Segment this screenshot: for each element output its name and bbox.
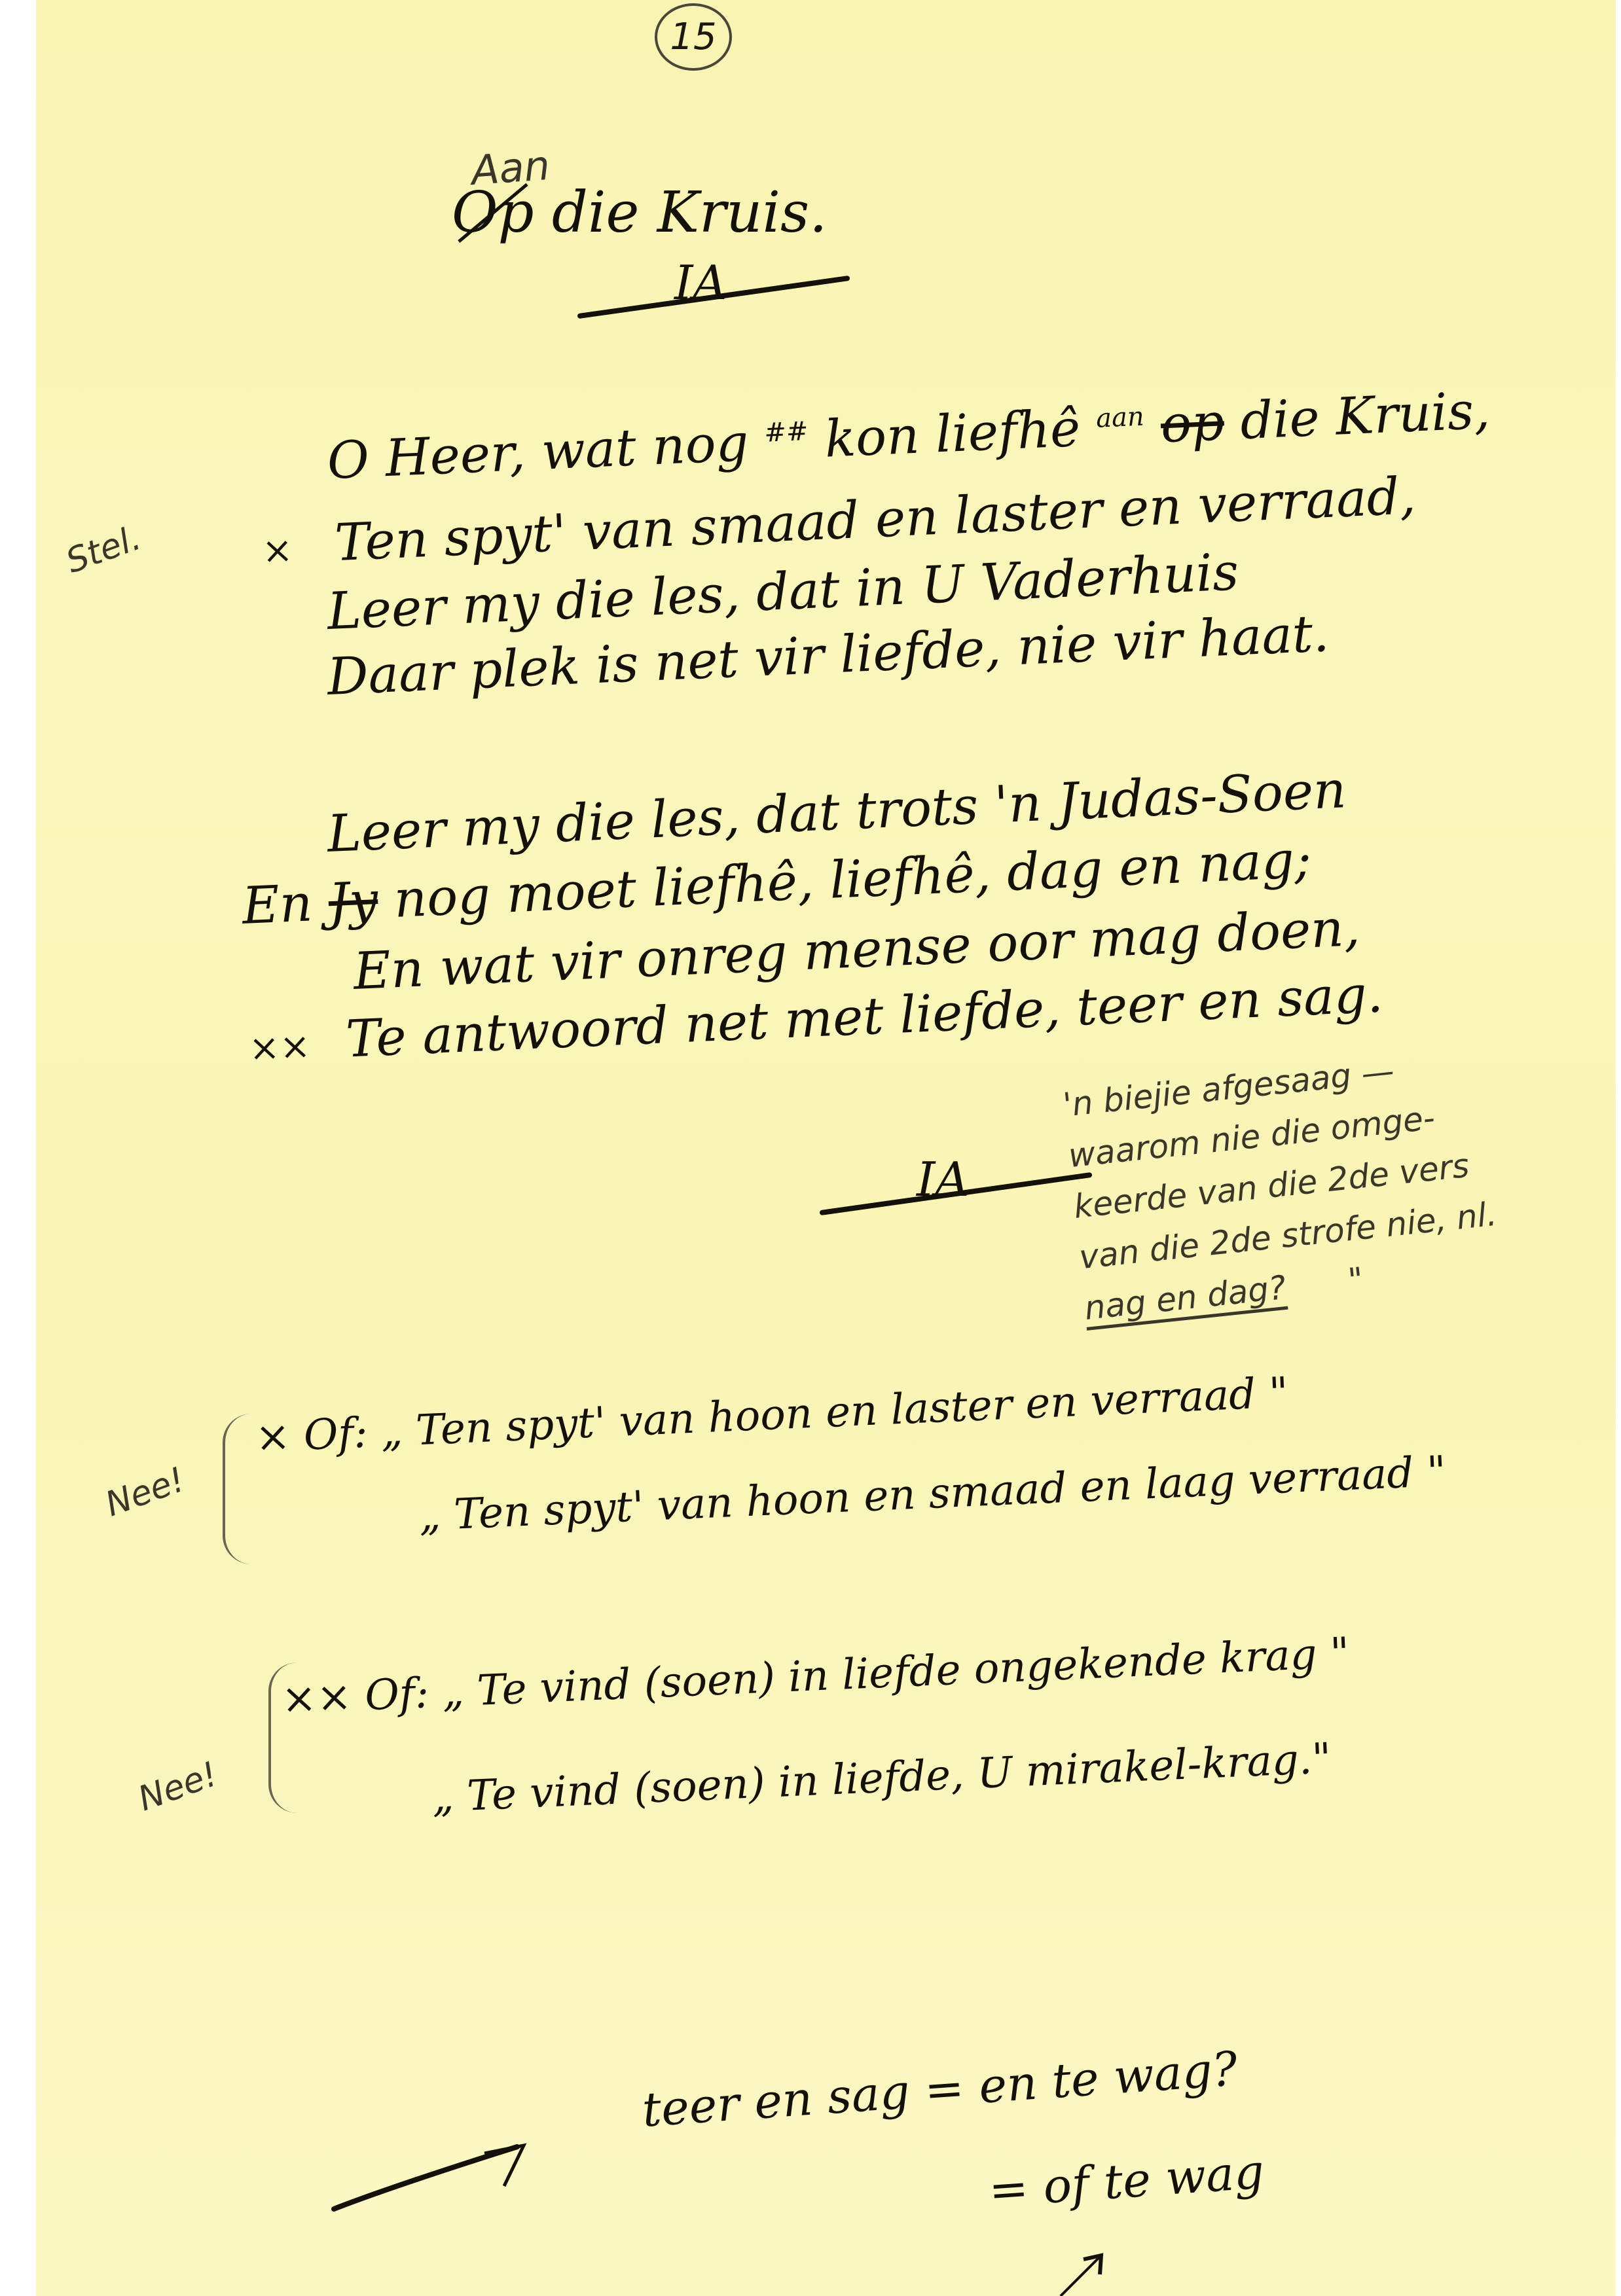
double-cross-marker: ×× [248, 1025, 312, 1070]
divider-glyph: IA [674, 255, 727, 310]
line-text: die Kruis, [1239, 382, 1491, 452]
divider-glyph: IA [917, 1152, 969, 1207]
annotation-quote: " [1346, 1261, 1365, 1300]
page-number-circle: 15 [655, 3, 732, 71]
alt-marker: ×× Of: [280, 1669, 429, 1724]
line-text: kon liefhê [824, 399, 1082, 469]
page-number: 15 [670, 16, 716, 58]
insertion-word: aan [1095, 402, 1144, 434]
title-struck-word: Op [452, 180, 534, 245]
poem-title: Op die Kruis. [452, 180, 827, 245]
inserted-prefix: En [241, 874, 314, 936]
reviewer-annotation: 'n biejie afgesaag — waarom nie die omge… [1061, 1025, 1608, 1333]
cross-marker: × [261, 529, 294, 573]
struck-word: op [1159, 393, 1226, 454]
bracket-icon [223, 1414, 251, 1564]
up-arrow-icon [1047, 2251, 1126, 2296]
alt-marker: × Of: [254, 1409, 369, 1462]
insertion-mark: ## [763, 416, 809, 448]
struck-word: Jy [327, 871, 379, 932]
title-rest: die Kruis. [552, 180, 828, 245]
right-arrow-icon [327, 2127, 563, 2219]
